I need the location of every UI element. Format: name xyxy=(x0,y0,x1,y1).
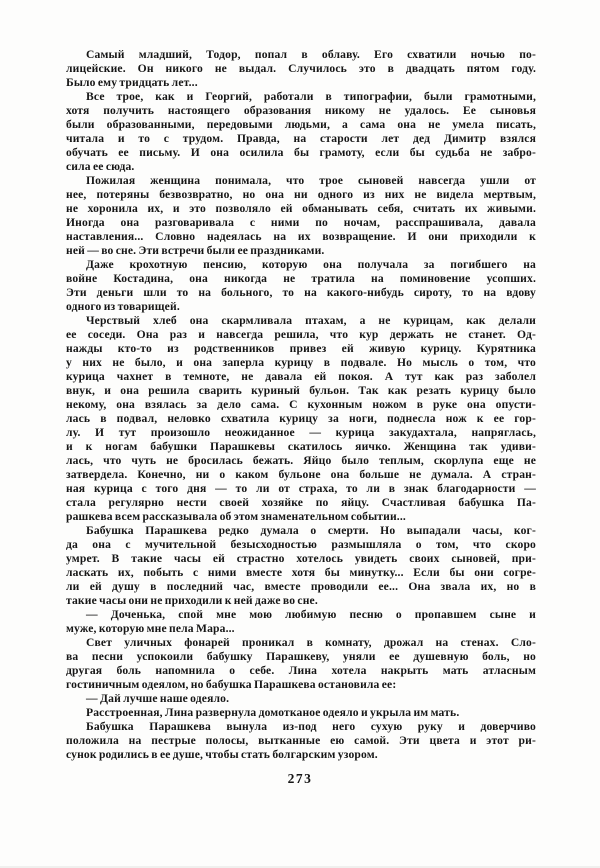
text-line: сунок родились в ее душе, чтобы стать бо… xyxy=(66,748,536,762)
text-line: лась, что чуть не бросилась бежать. Яйцо… xyxy=(66,454,536,468)
text-line: Черствый хлеб она скармливала птахам, а … xyxy=(66,314,536,328)
text-line: такие часы они не приходили к ней даже в… xyxy=(66,594,536,608)
text-line: рашкева всем рассказывала об этом знамен… xyxy=(66,510,536,524)
page-number: 273 xyxy=(0,771,600,787)
text-line: нажды кто-то из родственников привез ей … xyxy=(66,342,536,356)
text-line: Эти деньги шли то на больного, то на как… xyxy=(66,286,536,300)
text-line: сила ее сюда. xyxy=(66,160,536,174)
text-line: не хоронила их, и это позволяло ей обман… xyxy=(66,202,536,216)
text-line: ная курица с того дня — то ли от страха,… xyxy=(66,482,536,496)
text-line: муже, которую мне пела Мара... xyxy=(66,622,536,636)
text-line: были образованными, передовыми людьми, а… xyxy=(66,118,536,132)
text-line: ней — во сне. Эти встречи были ее праздн… xyxy=(66,244,536,258)
text-line: лицейские. Он никого не выдал. Случилось… xyxy=(66,62,536,76)
text-line: гостиничным одеялом, но бабушка Парашкев… xyxy=(66,678,536,692)
text-line: нее, потеряны безвозвратно, но она ни од… xyxy=(66,188,536,202)
text-line: ласкать их, побыть с ними вместе хотя бы… xyxy=(66,566,536,580)
text-line: войне Костадина, она никогда не тратила … xyxy=(66,272,536,286)
book-page: Самый младший, Тодор, попал в облаву. Ег… xyxy=(0,0,600,868)
text-line: Свет уличных фонарей проникал в комнату,… xyxy=(66,636,536,650)
text-line: наставления... Словно надеялась на их во… xyxy=(66,230,536,244)
text-line: умрет. В такие часы ей страстно хотелось… xyxy=(66,552,536,566)
text-line: некому, она взялась за дело сама. С кухо… xyxy=(66,398,536,412)
text-line: и к ногам бабушки Парашкевы скатилось яи… xyxy=(66,440,536,454)
text-line: ее соседи. Она раз и навсегда решила, чт… xyxy=(66,328,536,342)
text-line: — Доченька, спой мне мою любимую песню о… xyxy=(66,608,536,622)
text-line: ва песни успокоили бабушку Парашкеву, ун… xyxy=(66,650,536,664)
text-line: читала и то с трудом. Правда, на старост… xyxy=(66,132,536,146)
text-line: лу. И тут произошло неожиданное — курица… xyxy=(66,426,536,440)
text-line: Даже крохотную пенсию, которую она получ… xyxy=(66,258,536,272)
text-line: лась в подвал, неловко схватила курицу з… xyxy=(66,412,536,426)
text-line: другая боль напомнила о себе. Лина хотел… xyxy=(66,664,536,678)
text-line: ли ей душу в последний час, вместе прово… xyxy=(66,580,536,594)
text-line: положила на пестрые полосы, вытканные ею… xyxy=(66,734,536,748)
text-line: затвердела. Конечно, ни о каком бульоне … xyxy=(66,468,536,482)
text-line: Все трое, как и Георгий, работали в типо… xyxy=(66,90,536,104)
text-line: одного из товарищей. xyxy=(66,300,536,314)
text-line: да она с мучительной безысходностью разм… xyxy=(66,538,536,552)
text-line: внук, и она решила сварить куриный бульо… xyxy=(66,384,536,398)
text-line: Иногда она разговаривала с ними по ночам… xyxy=(66,216,536,230)
text-line: хотя получить настоящего образования ник… xyxy=(66,104,536,118)
text-line: Бабушка Парашкева редко думала о смерти.… xyxy=(66,524,536,538)
text-line: Расстроенная, Лина развернула домотканое… xyxy=(66,706,536,720)
text-line: обучать ее письму. И она осилила бы грам… xyxy=(66,146,536,160)
text-line: — Дай лучше наше одеяло. xyxy=(66,692,536,706)
text-line: Бабушка Парашкева вынула из-под него сух… xyxy=(66,720,536,734)
text-line: Пожилая женщина понимала, что трое сынов… xyxy=(66,174,536,188)
text-line: Было ему тридцать лет... xyxy=(66,76,536,90)
text-line: стала регулярно нести своей хозяйке по я… xyxy=(66,496,536,510)
text-line: у них не было, и она заперла курицу в по… xyxy=(66,356,536,370)
text-line: курица чахнет в темноте, не давала ей по… xyxy=(66,370,536,384)
text-block: Самый младший, Тодор, попал в облаву. Ег… xyxy=(66,48,536,762)
text-line: Самый младший, Тодор, попал в облаву. Ег… xyxy=(66,48,536,62)
